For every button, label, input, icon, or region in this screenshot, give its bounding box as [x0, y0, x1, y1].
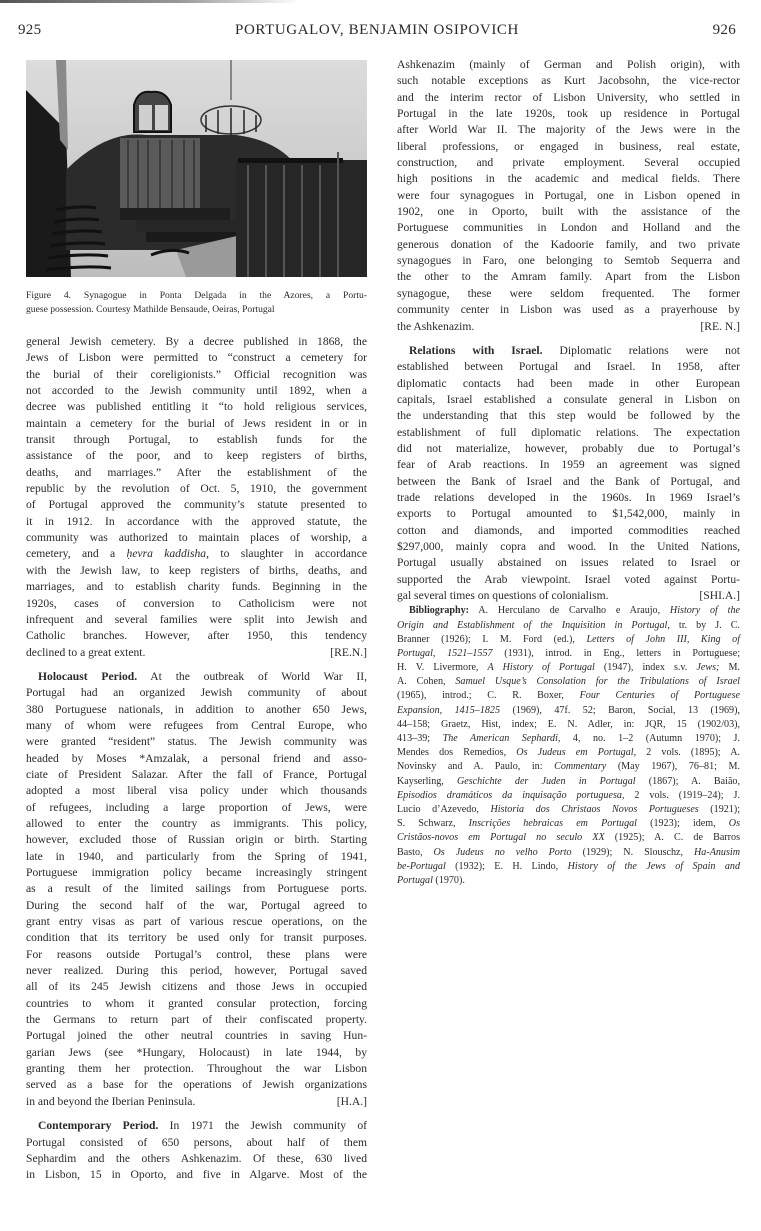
citation-title: History of the Jews of Spain and [568, 861, 740, 872]
text-line: were four synagogues in Portugal, one in… [397, 188, 740, 204]
text-run: S. Schwarz, [397, 818, 469, 829]
text-line: 380 Portuguese nationals, in addition to… [26, 702, 367, 718]
text-line: Holocaust Period. At the outbreak of Wor… [26, 669, 367, 685]
text-line: maintain a cemetery for the burial of Je… [26, 416, 367, 432]
text-line: For reasons outside Portugal’s control, … [26, 947, 367, 963]
text-line: condition that its territory be used onl… [26, 930, 367, 946]
running-header: 925 PORTUGALOV, BENJAMIN OSIPOVICH 926 [18, 22, 736, 42]
text-line: community was authorized to maintain pla… [26, 530, 367, 546]
bibliography-line: Basto, Os Judeus no velho Porto (1929); … [397, 846, 740, 860]
text-run: (1932); E. H. Lindo, [446, 861, 568, 872]
text-line: 1920s, cases of conversion to Catholicis… [26, 596, 367, 612]
citation-title: Inscrições hebraicas em Portugal [469, 818, 637, 829]
text-run: to slaughter in accordance [209, 547, 367, 560]
section-relations-with-israel: Relations with Israel. Diplomatic relati… [397, 343, 740, 605]
paragraph-cemetery: general Jewish cemetery. By a decree pub… [26, 334, 367, 661]
bibliography-line: Mendes dos Remedios, Os Judeus em Portug… [397, 746, 740, 760]
section-contemporary-period: Contemporary Period. In 1971 the Jewish … [26, 1118, 367, 1183]
text-run: Diplomatic relations were not [543, 344, 740, 357]
text-line: late in 1940, and particularly from the … [26, 849, 367, 865]
text-line: with the Jewish law, to keep registers o… [26, 563, 367, 579]
bibliography-line: Portugal, 1521–1557 (1931), introd. in E… [397, 647, 740, 661]
text-line: supported the Arab viewpoint. Israel vot… [397, 572, 740, 588]
citation-title: Os Judeus em Portugal, [516, 747, 636, 758]
text-line: in Lisbon, 15 in Oporto, and five in Alg… [26, 1167, 367, 1183]
text-line: were granted “resident” status. The Jewi… [26, 734, 367, 750]
author-signature: [H.A.] [337, 1094, 367, 1110]
citation-title: Commentary [554, 761, 606, 772]
caption-line: Figure 4. Synagogue in Ponta Delgada in … [26, 289, 367, 303]
bibliography-line: Cristãos-novos em Portugal no seculo XX … [397, 831, 740, 845]
text-line: community center in Lisbon was used as a… [397, 302, 740, 318]
text-run: declined to a great extent. [26, 646, 145, 659]
text-line: Jews of Lisbon were permitted to “constr… [26, 350, 367, 366]
text-line: infrequent and several families were spl… [26, 612, 367, 628]
bibliography-line: Expansion, 1415–1825 (1969), 47f. 52; Ba… [397, 704, 740, 718]
caption-line: guese possession. Courtesy Mathilde Bens… [26, 303, 367, 317]
left-column: general Jewish cemetery. By a decree pub… [26, 334, 367, 1184]
text-line: cotton and diamonds, and imported commod… [397, 523, 740, 539]
text-line: $297,000, mainly copra and wood. In the … [397, 539, 740, 555]
text-line: Relations with Israel. Diplomatic relati… [397, 343, 740, 359]
text-line: liberal professions, or engaged in busin… [397, 139, 740, 155]
text-run: cemetery, and a [26, 547, 127, 560]
text-line: construction, and private employment. Se… [397, 155, 740, 171]
text-run: 413–39; [397, 733, 443, 744]
text-line: the other to the Amram family. Apart fro… [397, 269, 740, 285]
text-run: (1867); A. Baião, [636, 776, 740, 787]
citation-title: Four Centuries of Portuguese [580, 690, 740, 701]
bibliography-line: S. Schwarz, Inscrições hebraicas em Port… [397, 817, 740, 831]
text-line: garian Jews (see *Hungary, Holocaust) in… [26, 1045, 367, 1061]
text-line: never realized. During this period, howe… [26, 963, 367, 979]
text-run: (1969), 47f. 52; Baron, Social, 13 (1969… [500, 705, 740, 716]
text-run: Kayserling, [397, 776, 457, 787]
text-line: not accorded to the Jewish community unt… [26, 383, 367, 399]
text-run: 4, no. 1–2 (Autumn 1970); J. [560, 733, 740, 744]
text-line: Portugal usually abstained on issues rel… [397, 555, 740, 571]
citation-title: Portugal, 1521–1557 [397, 648, 493, 659]
bibliography-line: be-Portugal (1932); E. H. Lindo, History… [397, 860, 740, 874]
bibliography-line: H. V. Livermore, A History of Portugal (… [397, 661, 740, 675]
text-line: declined to a great extent.[RE.N.] [26, 645, 367, 661]
text-line: headed by Moses *Amzalak, a personal fri… [26, 751, 367, 767]
bibliography-line: Novinsky and A. Paulo, in: Commentary (M… [397, 760, 740, 774]
text-line: countries to whom it granted consular pr… [26, 996, 367, 1012]
text-line: served as a base for the operations of J… [26, 1077, 367, 1093]
text-line: Sephardim and the others Ashkenazim. Of … [26, 1151, 367, 1167]
text-line: granting them her protection. Throughout… [26, 1061, 367, 1077]
text-line: such notable exceptions as Kurt Jacobsoh… [397, 73, 740, 89]
citation-title: Origin and Establishment of the Inquisit… [397, 620, 670, 631]
section-heading: Contemporary Period. [38, 1119, 158, 1132]
author-signature: [SHI.A.] [699, 588, 740, 604]
right-column: Ashkenazim (mainly of German and Polish … [397, 57, 740, 888]
text-line: grant entry visas as part of various res… [26, 914, 367, 930]
text-run: (1970). [433, 875, 465, 886]
text-run: Mendes dos Remedios, [397, 747, 516, 758]
citation-title: Portugal [397, 875, 433, 886]
text-run: (1947), index s.v. [595, 662, 697, 673]
running-title: PORTUGALOV, BENJAMIN OSIPOVICH [18, 22, 736, 39]
citation-title: Cristãos-novos em Portugal no seculo XX [397, 832, 605, 843]
text-line: as a result of the limited sailings from… [26, 881, 367, 897]
text-line: marriages, and to establish charity fund… [26, 579, 367, 595]
text-line: general Jewish cemetery. By a decree pub… [26, 334, 367, 350]
paragraph-community: Ashkenazim (mainly of German and Polish … [397, 57, 740, 335]
text-line: the understanding that this step would b… [397, 408, 740, 424]
text-run: In 1971 the Jewish community of [158, 1119, 367, 1132]
text-line: Portuguese immigration policy became inc… [26, 865, 367, 881]
text-line: Contemporary Period. In 1971 the Jewish … [26, 1118, 367, 1134]
text-run: A. Cohen, [397, 676, 455, 687]
bibliography-line: Episodios dramáticos da inquisação portu… [397, 789, 740, 803]
text-line: deaths, and marriages.” After the establ… [26, 465, 367, 481]
text-line: 1902, one in Oporto, built with the assi… [397, 204, 740, 220]
bibliography: Bibliography: A. Herculano de Carvalho e… [397, 604, 740, 888]
text-line: fear of Arab reactions. In 1959 an agree… [397, 457, 740, 473]
text-line: the burial of their coreligionists.” Off… [26, 367, 367, 383]
text-run: (1921); [699, 804, 740, 815]
citation-title: Os Judeus no velho Porto [434, 847, 572, 858]
text-line: the Ashkenazim.[RE. N.] [397, 319, 740, 335]
text-line: it in 1912. In accordance with the appro… [26, 514, 367, 530]
section-heading: Holocaust Period. [38, 670, 137, 683]
text-line: transit through Portugal, to establish f… [26, 432, 367, 448]
text-line: high positions in the academic and medic… [397, 171, 740, 187]
text-run: (1923); idem, [637, 818, 729, 829]
text-run: (1931), introd. in Eng., letters in Port… [493, 648, 740, 659]
text-run: (May 1967), 76–81; M. [606, 761, 740, 772]
bibliography-line: Origin and Establishment of the Inquisit… [397, 619, 740, 633]
citation-title: Historia dos Christaos Novos Portugueses [490, 804, 698, 815]
text-run: A. Herculano de Carvalho e Araujo, [469, 605, 670, 616]
text-line: During the second half of the war, Portu… [26, 898, 367, 914]
text-run: (1925); A. C. de Barros [605, 832, 740, 843]
text-line: however, excluded those of Russian origi… [26, 832, 367, 848]
text-line: assistance of the poor, and to keep regi… [26, 448, 367, 464]
citation-title: A History of Portugal [488, 662, 595, 673]
text-line: established between Portugal and Israel.… [397, 359, 740, 375]
text-run: the Ashkenazim. [397, 320, 474, 333]
text-line: many of whom were refugees from Central … [26, 718, 367, 734]
synagogue-photograph [26, 60, 367, 277]
citation-title: Letters of John III, King of [586, 634, 740, 645]
text-line: in and beyond the Iberian Peninsula.[H.A… [26, 1094, 367, 1110]
section-heading: Relations with Israel. [409, 344, 543, 357]
text-line: of Portugal approved the community’s sta… [26, 497, 367, 513]
text-line: and the interim rector of Lisbon Univers… [397, 90, 740, 106]
text-line: Portuguese communities in London and Hol… [397, 220, 740, 236]
text-line: allowed to enter the country as immigran… [26, 816, 367, 832]
text-run: 2 vols. (1919–24); J. [624, 790, 740, 801]
citation-title: The American Sephardi, [443, 733, 561, 744]
text-line: Catholic branches. However, after 1950, … [26, 628, 367, 644]
bibliography-line: (1965), introd.; C. R. Boxer, Four Centu… [397, 689, 740, 703]
text-run: gal several times on questions of coloni… [397, 589, 609, 602]
text-run: tr. by J. C. [670, 620, 740, 631]
bibliography-line: 44–158; Graetz, Hist, index; E. N. Adler… [397, 718, 740, 732]
text-run: Branner (1926); I. M. Ford (ed.), [397, 634, 586, 645]
text-line: Portugal in the late 1920s, took up resi… [397, 106, 740, 122]
text-line: decree was published entitling it “to ho… [26, 399, 367, 415]
bibliography-line: Branner (1926); I. M. Ford (ed.), Letter… [397, 633, 740, 647]
bibliography-line: Lucio d’Azevedo, Historia dos Christaos … [397, 803, 740, 817]
page-number-right: 926 [713, 22, 736, 39]
text-run: M. [719, 662, 740, 673]
text-line: gal several times on questions of coloni… [397, 588, 740, 604]
citation-title: Ha-Anusim [694, 847, 740, 858]
text-line: between the Bank of Israel and the Bank … [397, 474, 740, 490]
bibliography-line: Kayserling, Geschichte der Juden in Port… [397, 775, 740, 789]
text-run: Basto, [397, 847, 434, 858]
citation-title: Geschichte der Juden in Portugal [457, 776, 636, 787]
text-line: generous donation of the Kadoorie family… [397, 237, 740, 253]
text-line: synagogue, these were seldom frequented.… [397, 286, 740, 302]
author-signature: [RE.N.] [330, 645, 367, 661]
text-line: trade relations developed in the 1960s. … [397, 490, 740, 506]
text-line: cemetery, and a ḥevra kaddisha, to slaug… [26, 546, 367, 562]
text-run: Novinsky and A. Paulo, in: [397, 761, 554, 772]
bibliography-line: Bibliography: A. Herculano de Carvalho e… [397, 604, 740, 618]
text-run: (1965), introd.; C. R. Boxer, [397, 690, 580, 701]
text-line: republic by the revolution of Oct. 5, 19… [26, 481, 367, 497]
bibliography-line: 413–39; The American Sephardi, 4, no. 1–… [397, 732, 740, 746]
citation-title: Samuel Usque’s Consolation for the Tribu… [455, 676, 740, 687]
text-line: after World War II. The majority of the … [397, 122, 740, 138]
text-run: 44–158; Graetz, Hist, index; E. N. Adler… [397, 719, 740, 730]
text-run: H. V. Livermore, [397, 662, 488, 673]
text-line: did not materialize, however, probably d… [397, 441, 740, 457]
citation-title: Jews; [696, 662, 719, 673]
citation-title: be-Portugal [397, 861, 446, 872]
figure-caption: Figure 4. Synagogue in Ponta Delgada in … [26, 289, 367, 316]
text-line: Portugal had an organized Jewish communi… [26, 685, 367, 701]
text-line: adopted a most liberal visa policy under… [26, 783, 367, 799]
citation-title: Episodios dramáticos da inquisação portu… [397, 790, 624, 801]
text-line: Portugal consisted of 650 persons, about… [26, 1135, 367, 1151]
text-line: capitals, Israel established a consulate… [397, 392, 740, 408]
text-line: of refugees, including a large proportio… [26, 800, 367, 816]
text-run: (1929); N. Slouschz, [572, 847, 694, 858]
text-line: establishment of full diplomatic relatio… [397, 425, 740, 441]
citation-title: History of the [670, 605, 740, 616]
section-holocaust-period: Holocaust Period. At the outbreak of Wor… [26, 669, 367, 1110]
bibliography-heading: Bibliography: [409, 605, 469, 616]
citation-title: Expansion, 1415–1825 [397, 705, 500, 716]
text-line: all of its 245 Jewish citizens and those… [26, 979, 367, 995]
bibliography-line: Portugal (1970). [397, 874, 740, 888]
synagogue-image-icon [26, 60, 367, 277]
author-signature: [RE. N.] [700, 319, 740, 335]
text-run: At the outbreak of World War II, [137, 670, 367, 683]
text-line: synagogues in Faro, one belonging to Sem… [397, 253, 740, 269]
text-line: Portugal joined the other neutral countr… [26, 1028, 367, 1044]
text-line: ciate of President Salazar. After the fa… [26, 767, 367, 783]
text-line: Ashkenazim (mainly of German and Polish … [397, 57, 740, 73]
citation-title: Os [729, 818, 740, 829]
text-run: in and beyond the Iberian Peninsula. [26, 1095, 195, 1108]
italic-term: ḥevra kaddisha, [127, 547, 210, 560]
text-run: Lucio d’Azevedo, [397, 804, 490, 815]
text-line: diplomatic contacts had been made in oth… [397, 376, 740, 392]
bibliography-line: A. Cohen, Samuel Usque’s Consolation for… [397, 675, 740, 689]
text-line: exports to Portugal amounted to $1,542,0… [397, 506, 740, 522]
scan-edge-artifact [0, 0, 300, 3]
text-line: the Germans to return part of their conf… [26, 1012, 367, 1028]
text-run: 2 vols. (1895); A. [636, 747, 740, 758]
